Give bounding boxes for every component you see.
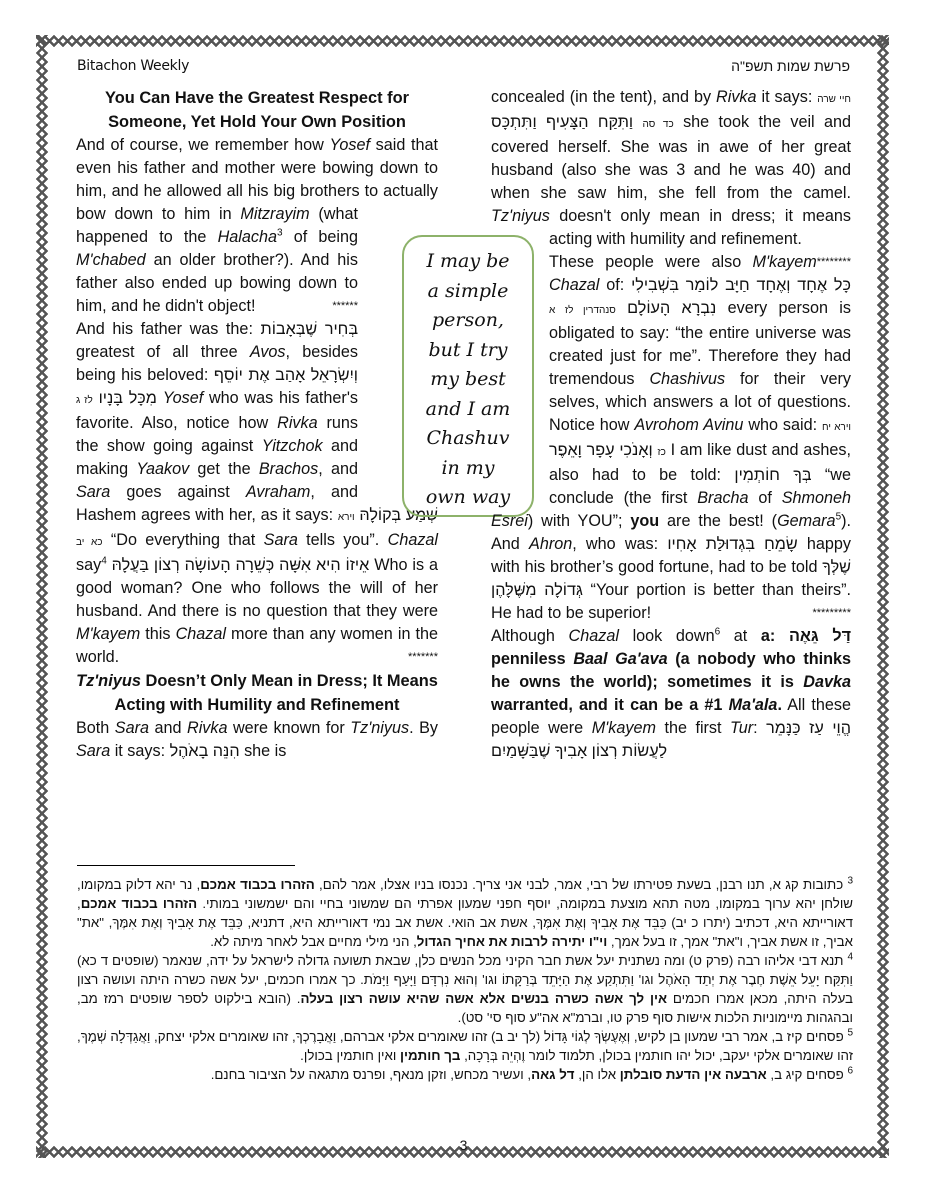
heading-tzniyus: Tz'niyus Doesn’t Only Mean in Dress; It …: [76, 669, 438, 717]
left-column: You Can Have the Greatest Respect for So…: [76, 86, 438, 763]
section-divider: *******: [408, 646, 438, 669]
footnote-6: 6 פסחים קיג ב, ארבעה אין הדעת סובלתן אלו…: [77, 1065, 853, 1084]
border-right: [877, 35, 889, 1158]
page-number: 3: [0, 1137, 927, 1153]
border-top: [36, 35, 889, 47]
footnote-ref-4[interactable]: 4: [101, 556, 107, 567]
footnote-3: 3 כתובות קג א, תנו רבנן, בשעת פטירתו של …: [77, 875, 853, 951]
section-divider: ******: [332, 295, 358, 318]
border-left: [36, 35, 48, 1158]
paragraph-rivka-veil: concealed (in the tent), and by Rivka it…: [491, 86, 851, 251]
footnote-5: 5 פסחים קיז ב, אמר רבי שמעון בן לקיש, וְ…: [77, 1027, 853, 1065]
paragraph-baal-gaava: Although Chazal look down6 at a: דַּל גֵ…: [491, 625, 851, 763]
footnotes: 3 כתובות קג א, תנו רבנן, בשעת פטירתו של …: [77, 875, 853, 1084]
section-divider: ********: [817, 251, 851, 274]
footnote-4: 4 תנא דבי אליהו רבה (פרק ט) ומה נשתנית י…: [77, 951, 853, 1027]
parsha-title: פרשת שמות תשפ"ה: [731, 58, 850, 74]
footnote-separator: [77, 865, 295, 866]
heading-respect: You Can Have the Greatest Respect for So…: [76, 86, 438, 134]
right-column: concealed (in the tent), and by Rivka it…: [491, 86, 851, 763]
paragraph-sara-rivka: Both Sara and Rivka were known for Tz'ni…: [76, 717, 438, 763]
section-divider: *********: [812, 602, 851, 625]
publication-title: Bitachon Weekly: [77, 58, 189, 74]
